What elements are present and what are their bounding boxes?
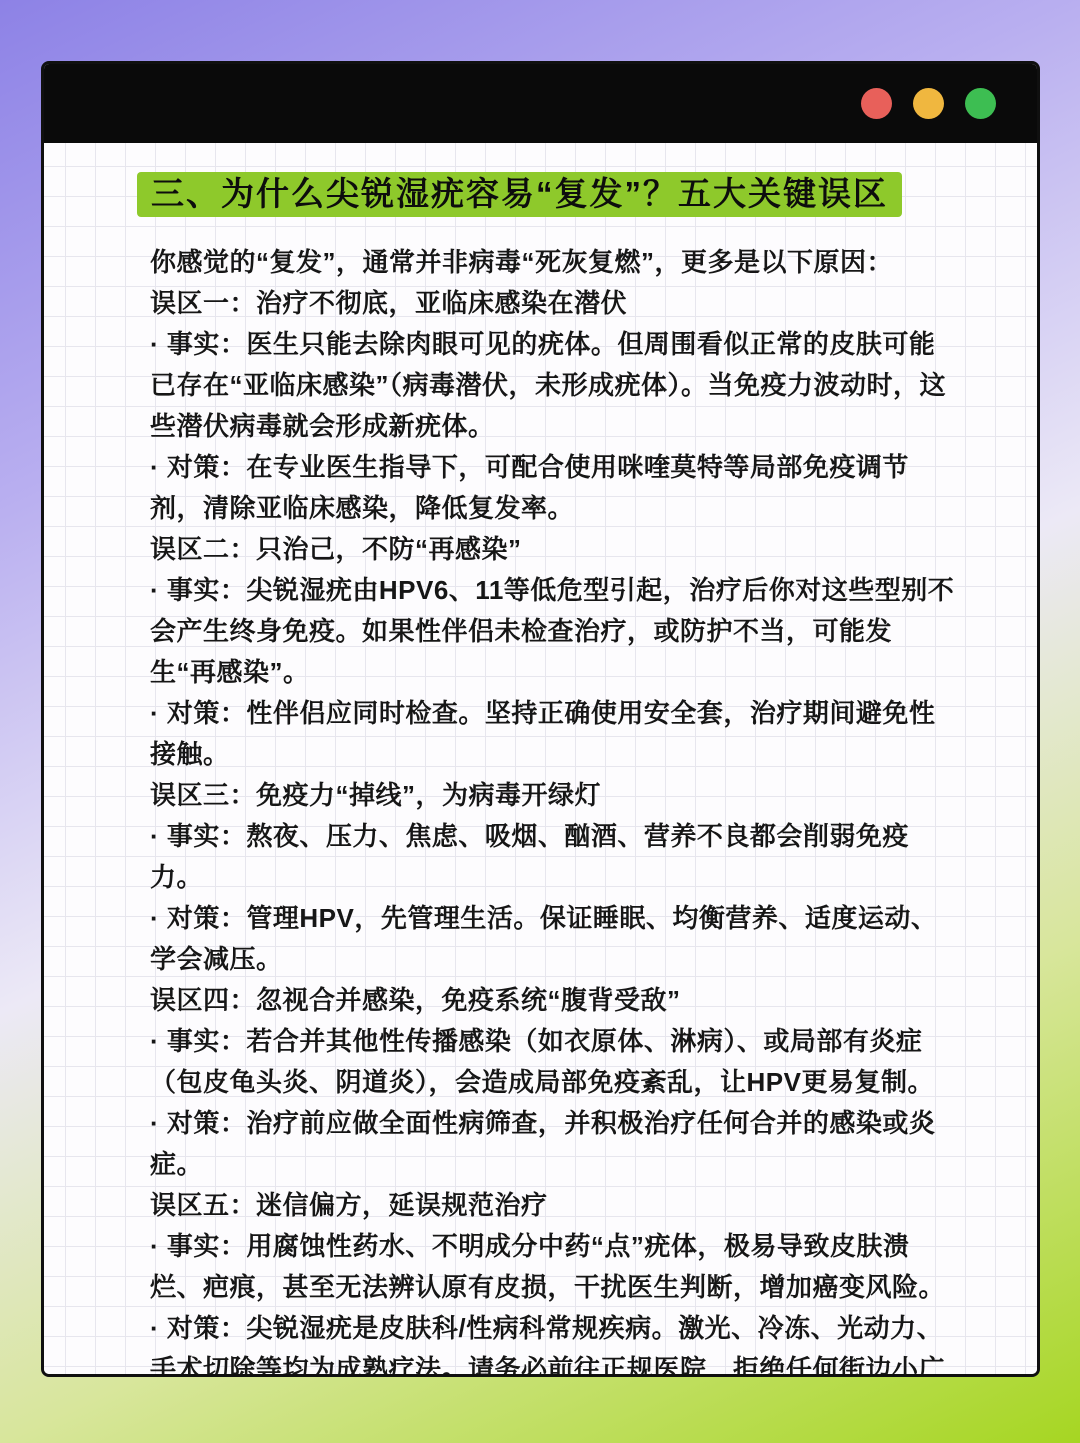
section-heading: 误区三：免疫力“掉线”，为病毒开绿灯 xyxy=(150,775,956,816)
intro-paragraph: 你感觉的“复发”，通常并非病毒“死灰复燃”，更多是以下原因： xyxy=(150,242,956,283)
fact-paragraph: · 事实：熬夜、压力、焦虑、吸烟、酗酒、营养不良都会削弱免疫力。 xyxy=(150,816,956,898)
section-heading: 误区二：只治己，不防“再感染” xyxy=(150,529,956,570)
document-card: 三、为什么尖锐湿疣容易“复发”？五大关键误区 你感觉的“复发”，通常并非病毒“死… xyxy=(41,61,1040,1377)
title-row: 三、为什么尖锐湿疣容易“复发”？五大关键误区 xyxy=(137,172,1037,217)
strategy-paragraph: · 对策：性伴侣应同时检查。坚持正确使用安全套，治疗期间避免性接触。 xyxy=(150,693,956,775)
section-myth-1: 误区一：治疗不彻底，亚临床感染在潜伏 · 事实：医生只能去除肉眼可见的疣体。但周… xyxy=(150,283,956,529)
strategy-paragraph: · 对策：治疗前应做全面性病筛查，并积极治疗任何合并的感染或炎症。 xyxy=(150,1103,956,1185)
section-heading: 误区五：迷信偏方，延误规范治疗 xyxy=(150,1185,956,1226)
fact-paragraph: · 事实：若合并其他性传播感染（如衣原体、淋病）、或局部有炎症（包皮龟头炎、阴道… xyxy=(150,1021,956,1103)
section-heading: 误区四：忽视合并感染，免疫系统“腹背受敌” xyxy=(150,980,956,1021)
page-background: { "page": { "background_gradient": { "to… xyxy=(0,0,1080,1443)
article-body: 你感觉的“复发”，通常并非病毒“死灰复燃”，更多是以下原因： 误区一：治疗不彻底… xyxy=(150,242,956,1377)
section-myth-5: 误区五：迷信偏方，延误规范治疗 · 事实：用腐蚀性药水、不明成分中药“点”疣体，… xyxy=(150,1185,956,1377)
section-heading: 误区一：治疗不彻底，亚临床感染在潜伏 xyxy=(150,283,956,324)
window-dot-red-icon xyxy=(861,88,892,119)
strategy-paragraph: · 对策：尖锐湿疣是皮肤科/性病科常规疾病。激光、冷冻、光动力、手术切除等均为成… xyxy=(150,1308,956,1377)
section-myth-3: 误区三：免疫力“掉线”，为病毒开绿灯 · 事实：熬夜、压力、焦虑、吸烟、酗酒、营… xyxy=(150,775,956,980)
strategy-paragraph: · 对策：管理HPV，先管理生活。保证睡眠、均衡营养、适度运动、学会减压。 xyxy=(150,898,956,980)
section-myth-2: 误区二：只治己，不防“再感染” · 事实：尖锐湿疣由HPV6、11等低危型引起，… xyxy=(150,529,956,775)
fact-paragraph: · 事实：用腐蚀性药水、不明成分中药“点”疣体，极易导致皮肤溃烂、疤痕，甚至无法… xyxy=(150,1226,956,1308)
fact-paragraph: · 事实：尖锐湿疣由HPV6、11等低危型引起，治疗后你对这些型别不会产生终身免… xyxy=(150,570,956,693)
window-dot-yellow-icon xyxy=(913,88,944,119)
page-title: 三、为什么尖锐湿疣容易“复发”？五大关键误区 xyxy=(137,172,902,217)
strategy-paragraph: · 对策：在专业医生指导下，可配合使用咪喹莫特等局部免疫调节剂，清除亚临床感染，… xyxy=(150,447,956,529)
grid-paper: 三、为什么尖锐湿疣容易“复发”？五大关键误区 你感觉的“复发”，通常并非病毒“死… xyxy=(44,143,1037,1377)
window-titlebar xyxy=(44,64,1037,143)
section-myth-4: 误区四：忽视合并感染，免疫系统“腹背受敌” · 事实：若合并其他性传播感染（如衣… xyxy=(150,980,956,1185)
fact-paragraph: · 事实：医生只能去除肉眼可见的疣体。但周围看似正常的皮肤可能已存在“亚临床感染… xyxy=(150,324,956,447)
window-dot-green-icon xyxy=(965,88,996,119)
